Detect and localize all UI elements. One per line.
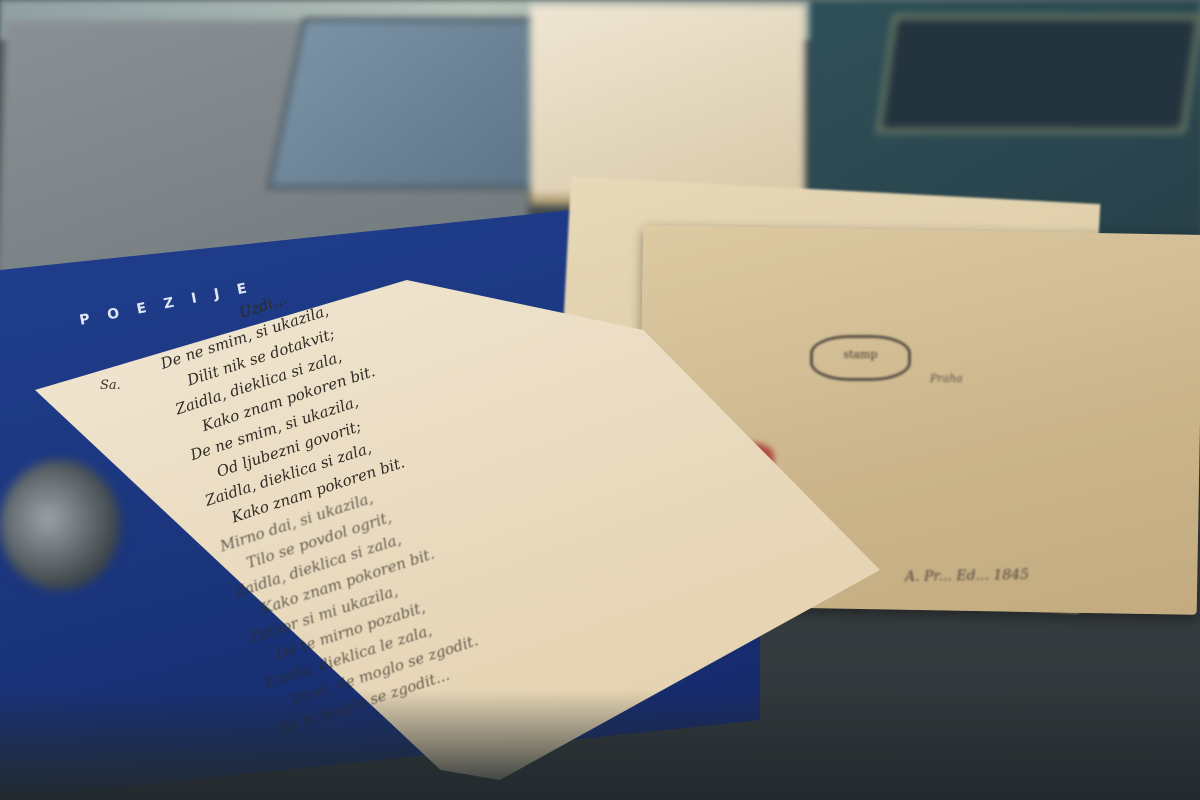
stamp-note: Praha (930, 372, 963, 385)
display-table-shadow (0, 690, 1200, 800)
signature: A. Pr... Ed... 1845 (905, 567, 1029, 585)
margin-note: Sa. (100, 378, 121, 393)
blurred-lens-object (0, 460, 120, 590)
ink-stamp: stamp (810, 335, 911, 381)
portrait-frame (877, 15, 1200, 133)
open-book-background (530, 5, 805, 205)
